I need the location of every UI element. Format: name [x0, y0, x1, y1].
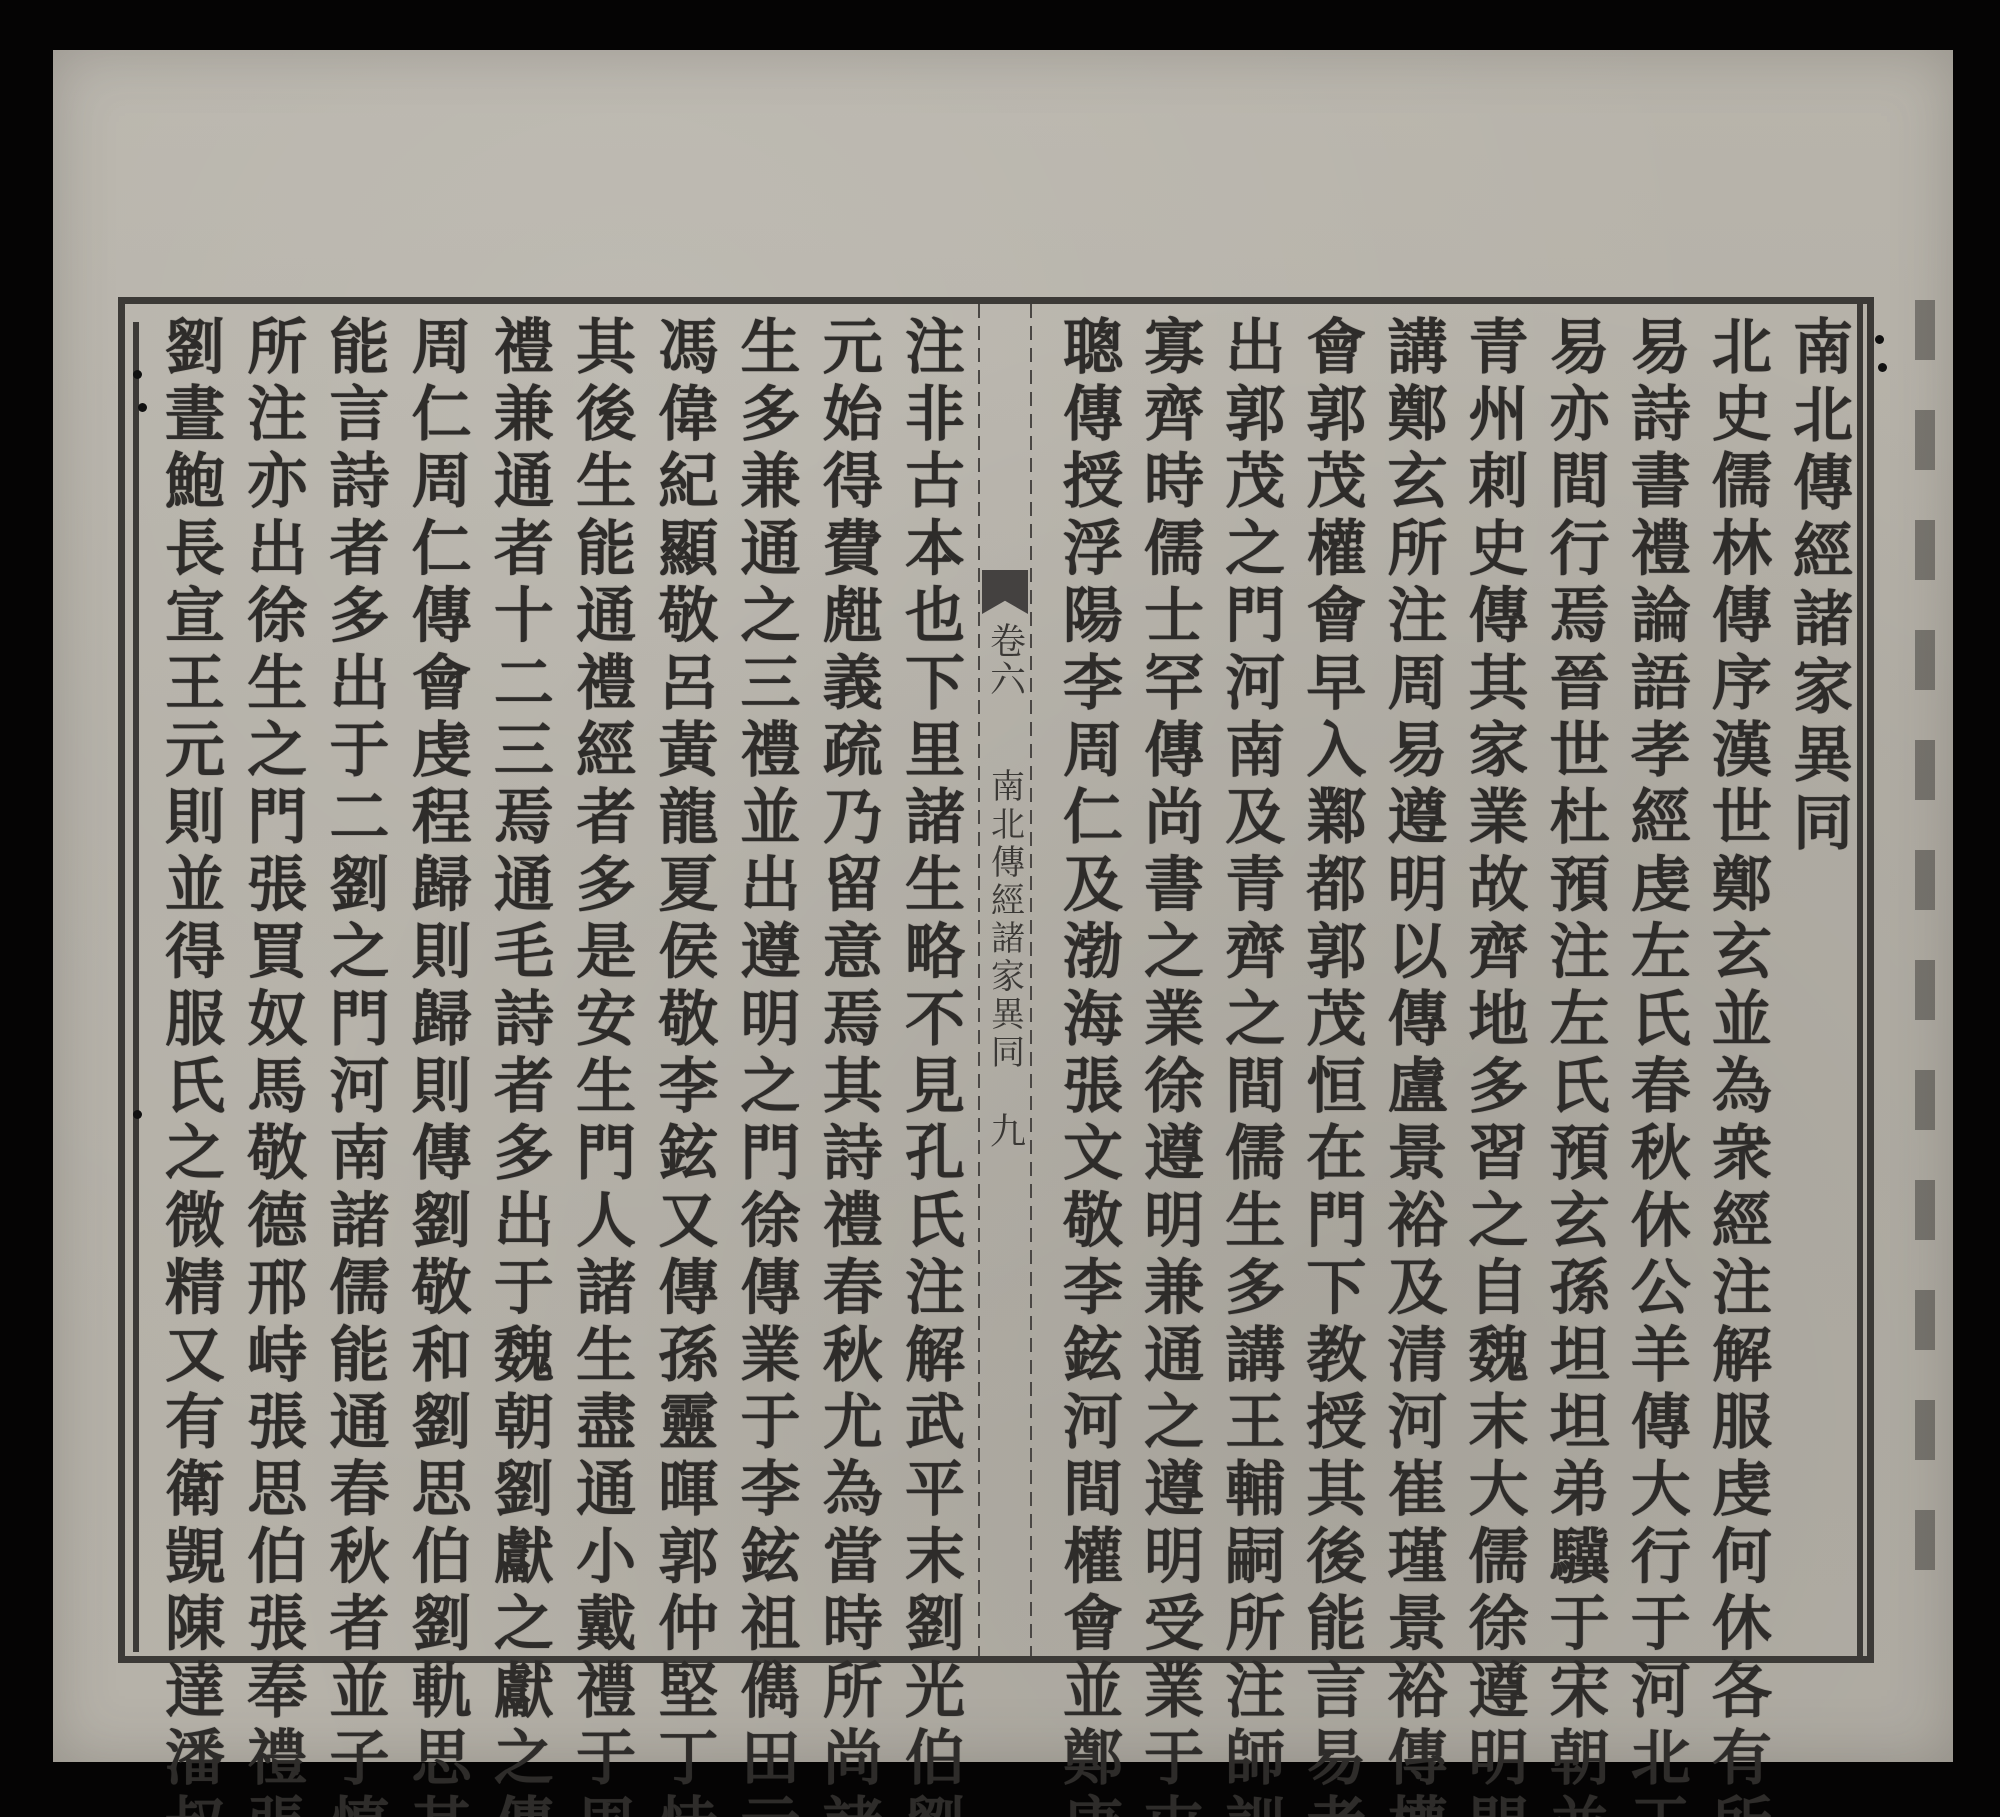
text-column: 其後生能通禮經者多是安生門人諸生盡通小戴禮于周儀	[561, 315, 631, 1655]
text-column: 會郭茂權會早入鄴都郭茂恒在門下教授其後能言易者多	[1291, 315, 1361, 1655]
center-title: 南北傳經諸家異同	[981, 768, 1030, 1072]
volume-label: 卷六	[980, 622, 1031, 698]
binding-hole-mark	[133, 370, 142, 379]
text-column: 所注亦出徐生之門張買奴馬敬德邢峙張思伯張奉禮張雕	[232, 315, 302, 1655]
right-half-leaf: 南北傳經諸家異同 北史儒林傳序漢世鄭玄並為衆經注解服虔何休各有所說玄 易詩書禮論…	[1048, 315, 1848, 1655]
fishtail-icon	[982, 570, 1028, 614]
binding-hole-mark	[133, 1110, 142, 1119]
text-column: 北史儒林傳序漢世鄭玄並為衆經注解服虔何休各有所說玄	[1697, 315, 1767, 1655]
text-column: 生多兼通之三禮並出遵明之門徐傳業于李鉉祖儁田元鳳	[726, 315, 796, 1655]
text-column: 聰傳授浮陽李周仁及渤海張文敬李鉉河間權會並鄭康成所	[1048, 315, 1118, 1655]
center-column-banxin: 卷六 南北傳經諸家異同 九	[975, 560, 1035, 1260]
text-column: 劉晝鮑長宣王元則並得服氏之微精又有衛覬陳達潘叔虔	[150, 315, 220, 1655]
text-column: 易亦間行焉晉世杜預注左氏預玄孫坦坦弟驥于宋朝並為	[1535, 315, 1605, 1655]
text-column: 寡齊時儒士罕傳尚書之業徐遵明兼通之遵明受業于屯留王	[1129, 315, 1199, 1655]
inner-border-right	[1857, 297, 1863, 1657]
binding-hole-mark	[138, 403, 147, 412]
adjacent-leaf-fragment	[1915, 300, 1935, 1600]
folio-number: 九	[980, 1112, 1031, 1148]
text-column: 青州刺史傳其家業故齊地多習之自魏末大儒徐遵明門下	[1454, 315, 1524, 1655]
left-half-leaf: 注非古本也下里諸生略不見孔氏注解武平末劉光伯劉士 元始得費甝義疏乃留意焉其詩禮春…	[150, 315, 960, 1655]
text-column: 講鄭玄所注周易遵明以傳盧景裕及清河崔瑾景裕傳權	[1372, 315, 1442, 1655]
text-column: 易詩書禮論語孝經虔左氏春秋休公羊傳大行于河北王肅	[1616, 315, 1686, 1655]
chapter-title-column: 南北傳經諸家異同	[1778, 315, 1848, 1655]
text-column: 能言詩者多出于二劉之門河南諸儒能通春秋者並子慎	[314, 315, 384, 1655]
binding-hole-mark	[1878, 363, 1887, 372]
text-column: 禮兼通者十二三焉通毛詩者多出于魏朝劉獻之獻之傳李	[479, 315, 549, 1655]
text-column: 周仁周仁傳會虔程歸則歸則傳劉敬和劉思伯劉軌思其後	[397, 315, 467, 1655]
text-column: 元始得費甝義疏乃留意焉其詩禮春秋尤為當時所尚諸	[808, 315, 878, 1655]
binding-hole-mark	[1875, 335, 1884, 344]
text-column: 出郭茂之門河南及青齊之間儒生多講王輔嗣所注師訓蓋	[1210, 315, 1280, 1655]
text-column: 馮偉紀顯敬呂黃龍夏侯敬李鉉又傳孫靈暉郭仲堅丁恃德	[643, 315, 713, 1655]
text-column: 注非古本也下里諸生略不見孔氏注解武平末劉光伯劉士	[890, 315, 960, 1655]
inner-border-left	[133, 322, 139, 1652]
